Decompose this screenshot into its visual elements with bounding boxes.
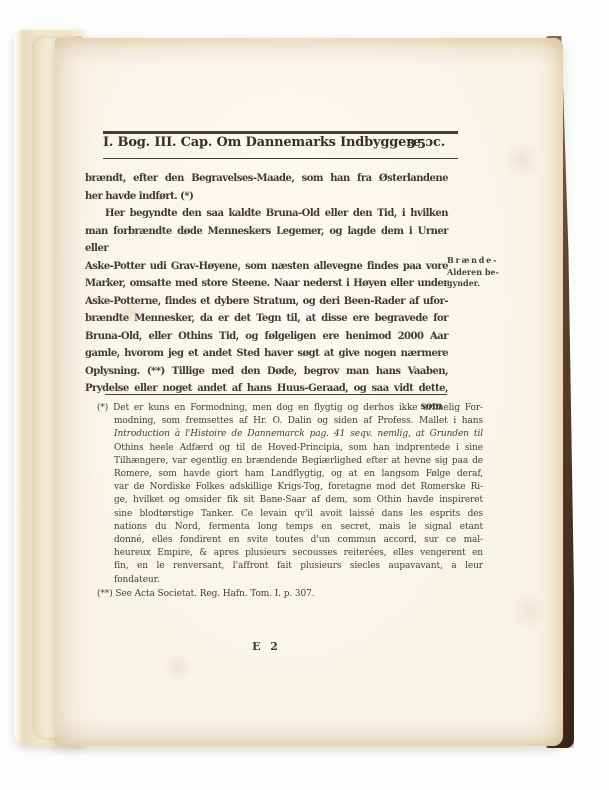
- body-line: man forbrændte døde Menneskers Legemer, …: [85, 223, 448, 258]
- footnote-line: fin, en le renversant, l'affront fait pl…: [114, 560, 483, 573]
- body-line: Marker, omsatte med store Steene. Naar n…: [85, 275, 448, 293]
- footnote-line: heureux Empire, & apres plusieurs secous…: [114, 547, 483, 560]
- main-text-block: brændt, efter den Begravelses-Maade, som…: [85, 170, 448, 415]
- book-page: I. Bog. III. Cap. Om Dannemarks Indbygge…: [55, 38, 563, 746]
- footnote-line: fondateur.: [114, 574, 483, 587]
- body-line: Bruna-Old, eller Othins Tid, og følgelig…: [85, 328, 448, 346]
- foxing-spot: [501, 142, 541, 178]
- footnote-line: ge, hvilket og omsider fik sit Bane-Saar…: [114, 494, 483, 507]
- body-line: Her begyndte den saa kaldte Bruna-Old el…: [85, 205, 448, 223]
- body-line: brændt, efter den Begravelses-Maade, som…: [85, 170, 448, 188]
- header-rule-bottom: [103, 158, 458, 159]
- signature-mark: E 2: [85, 640, 448, 653]
- footnote-separator-rule: [105, 394, 447, 395]
- footnote-line: (*) Det er kuns en Formodning, men dog e…: [114, 402, 483, 415]
- footnote-line: nations du Nord, fermenta long temps en …: [114, 521, 483, 534]
- body-line: her havde indført. (*): [85, 188, 448, 206]
- page-number: 35: [407, 136, 428, 151]
- footnote-first: (*) Det er kuns en Formodning, men dog e…: [97, 402, 483, 587]
- footnote-line: Othins heele Adfærd og til de Hoved-Prin…: [114, 442, 483, 455]
- running-title: I. Bog. III. Cap. Om Dannemarks Indbygge…: [103, 135, 445, 150]
- footnote-line: Introduction à l'Histoire de Dannemarck …: [114, 428, 483, 441]
- running-header: I. Bog. III. Cap. Om Dannemarks Indbygge…: [103, 135, 458, 155]
- header-rule-top: [103, 131, 458, 134]
- margin-note-line: Alderen be-: [447, 267, 511, 279]
- footnote-line: modning, som fremsettes af Hr. O. Dalin …: [114, 415, 483, 428]
- body-line: Oplysning. (**) Tillige med den Døde, be…: [85, 363, 448, 381]
- book-photo: I. Bog. III. Cap. Om Dannemarks Indbygge…: [0, 0, 609, 790]
- body-line: brændte Mennesker, da er det Tegn til, a…: [85, 310, 448, 328]
- body-line: gamle, hvorom jeg et andet Sted haver sø…: [85, 345, 448, 363]
- foxing-spot: [507, 594, 551, 628]
- footnote-line: Romere, som havde giort ham Landflygtig,…: [114, 468, 483, 481]
- foxing-spot: [163, 654, 193, 680]
- footnote-second: (**) See Acta Societat. Reg. Hafn. Tom. …: [97, 588, 483, 601]
- footnote-line: Tilhængere, var egentlig en brændende Be…: [114, 455, 483, 468]
- body-line: Aske-Potter udi Grav-Høyene, som næsten …: [85, 258, 448, 276]
- body-line: Aske-Potterne, findes et dybere Stratum,…: [85, 293, 448, 311]
- margin-note-line: Brænde-: [447, 255, 511, 267]
- footnotes-block: (*) Det er kuns en Formodning, men dog e…: [97, 402, 483, 601]
- footnote-line: donné, elles fondirent en svite toutes d…: [114, 534, 483, 547]
- margin-note-line: gynder.: [447, 278, 511, 290]
- footnote-line: var de Nordiske Folkes adskillige Krigs-…: [114, 481, 483, 494]
- footnote-line: sine blodtørstige Tanker. Ce levain qv'i…: [114, 508, 483, 521]
- margin-note: Brænde- Alderen be- gynder.: [447, 255, 511, 290]
